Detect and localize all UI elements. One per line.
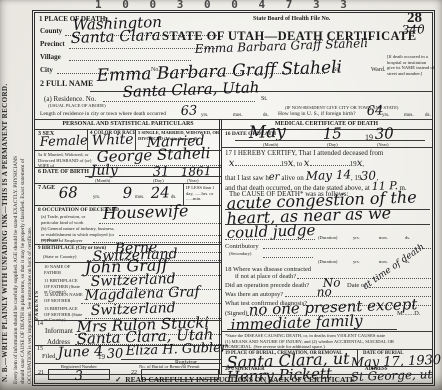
sex-value: Female [40,134,88,149]
blank-line [235,159,281,166]
county-label: County [40,27,62,35]
certify-to-year-mark: x [356,159,362,169]
informant-number: 14 [37,321,43,328]
instructions-text: READ CAREFULLY INSTRUCTIONS ON BACK OF C… [125,375,355,384]
cause-yrs: yrs. [353,235,360,241]
contributory-line [263,248,431,249]
dob-label: 6 DATE OF BIRTH [38,169,89,176]
where-line [297,278,431,279]
age-ds-unit: ds. [171,195,176,201]
cause-ds: ds. [405,235,410,241]
city-ward-label: Ward. [371,67,385,74]
filed-date: June 4 [58,344,104,360]
row-line [221,147,432,148]
howlong-value: 64 [367,104,384,118]
age-years: 68 [58,185,78,201]
margin-note-line2: Every item of information should be care… [13,38,19,384]
occupation-b-line [119,235,221,236]
year-prefix: 19 [281,160,288,168]
operation-date-line [369,287,431,288]
occupation-value: Housewife [102,203,188,222]
abode-note: (USUAL PLACE OF ABODE) [48,103,106,109]
secondary-label: (Secondary) [229,251,251,257]
row-line [221,331,432,332]
certify-to-mark: x [304,159,310,169]
precinct-label: Precinct [40,40,65,48]
cell-line [87,130,88,150]
registrar-line [121,359,221,360]
village-label: Village [40,53,61,61]
left-section-title: PERSONAL AND STATISTICAL PARTICULARS [35,121,221,128]
dod-year-prefix: 19 [365,133,373,143]
death-certificate-scan: 1 0 0 3 0 0 4 7 3 3 N. B.—WRITE PLAINLY … [0,0,442,390]
mother-label: 12 MAIDEN NAME OF MOTHER [44,292,84,303]
age-mos-unit: mos. [135,195,144,201]
filed-label: Filed [42,353,55,361]
file-no-label: State Board of Health File No. [253,16,330,23]
fullname-label: 2 FULL NAME [40,79,93,89]
instructions-strip: ✓ READ CAREFULLY INSTRUCTIONS ON BACK OF… [63,375,407,384]
age-months: 9 [122,186,132,201]
parents-label: PARENTS [35,266,41,320]
village-line [69,60,191,61]
age-less-note: IF LESS than 1 day, ......hrs. or ......… [186,185,220,202]
residence-line [103,101,255,102]
filed-year-prefix: 19 [98,353,105,361]
contributory-label: Contributory [225,243,259,251]
occupation-a-label: (a) Trade, profession, or particular kin… [41,214,103,225]
cause-rule [225,239,315,240]
informant-label: Informant [45,327,73,335]
footnote-line1: *State the DISEASE CAUSING DEATH, or, in… [225,333,385,339]
margin-note-line1: N. B.—WRITE PLAINLY WITH UNFADING INK—TH… [1,32,9,382]
autopsy-label: Was there an autopsy? [225,291,283,299]
md-label: M.......D. [397,310,420,318]
operation-label: Did an operation precede death? [225,282,309,290]
autopsy-note: at time of death [362,243,427,292]
signed-line2 [227,329,397,330]
hospital-note: [If death occurred in a hospital or inst… [387,54,435,77]
contrib-mos: mos. [379,259,388,265]
age-label: 7 AGE [38,185,55,192]
occupation-line [99,223,221,224]
race-value: White [92,133,134,148]
dob-line [85,176,221,177]
cause-mos: mos. [379,235,388,241]
residence-st-label: St. [261,96,268,103]
age-days: 24 [150,185,170,201]
contributory-duration-label: (Duration) [318,259,337,265]
certify-from-mark: x [229,159,235,169]
column-divider [219,119,222,375]
certificate-form: 1 PLACE OF DEATH . State Board of Health… [32,10,435,386]
howlong-label: How long in U. S., if foreign birth? [278,111,356,118]
last-seen-date: May 14 [305,168,351,182]
year-prefix: 19 [350,160,357,168]
registrar-signature: Eliza H. Gubler [126,341,228,358]
to-label: , to [293,160,304,168]
cause-duration-label: (Duration) [318,235,337,241]
residence-value: Santa Clara, Utah [122,80,259,100]
length-label: Length of residence in city or town wher… [40,111,166,118]
birthplace-country-label: (State or Country) [43,254,76,260]
age-yrs-unit: yrs. [93,195,100,201]
blank-line [310,159,350,166]
father-label: 10 NAME OF FATHER [44,264,78,275]
dod-line [235,140,425,141]
contributory-line2 [263,257,313,258]
precinct-value: Santa Clara [70,28,160,46]
city-label: City [40,66,53,74]
certify-line1: 17 I HEREBY CERTIFY, That I attended dec… [225,149,383,157]
contrib-yrs: yrs. [353,259,360,265]
check-icon: ✓ [115,375,121,384]
length-value: 63 [181,104,198,118]
certify-from-year-mark: x [287,159,293,169]
margin-note-line3: should state CAUSE OF DEATH in plain ter… [20,38,26,384]
occupation-c-label: (c) Name of Employer [41,238,82,244]
where-contracted-label2: if not at place of death? [235,273,296,281]
